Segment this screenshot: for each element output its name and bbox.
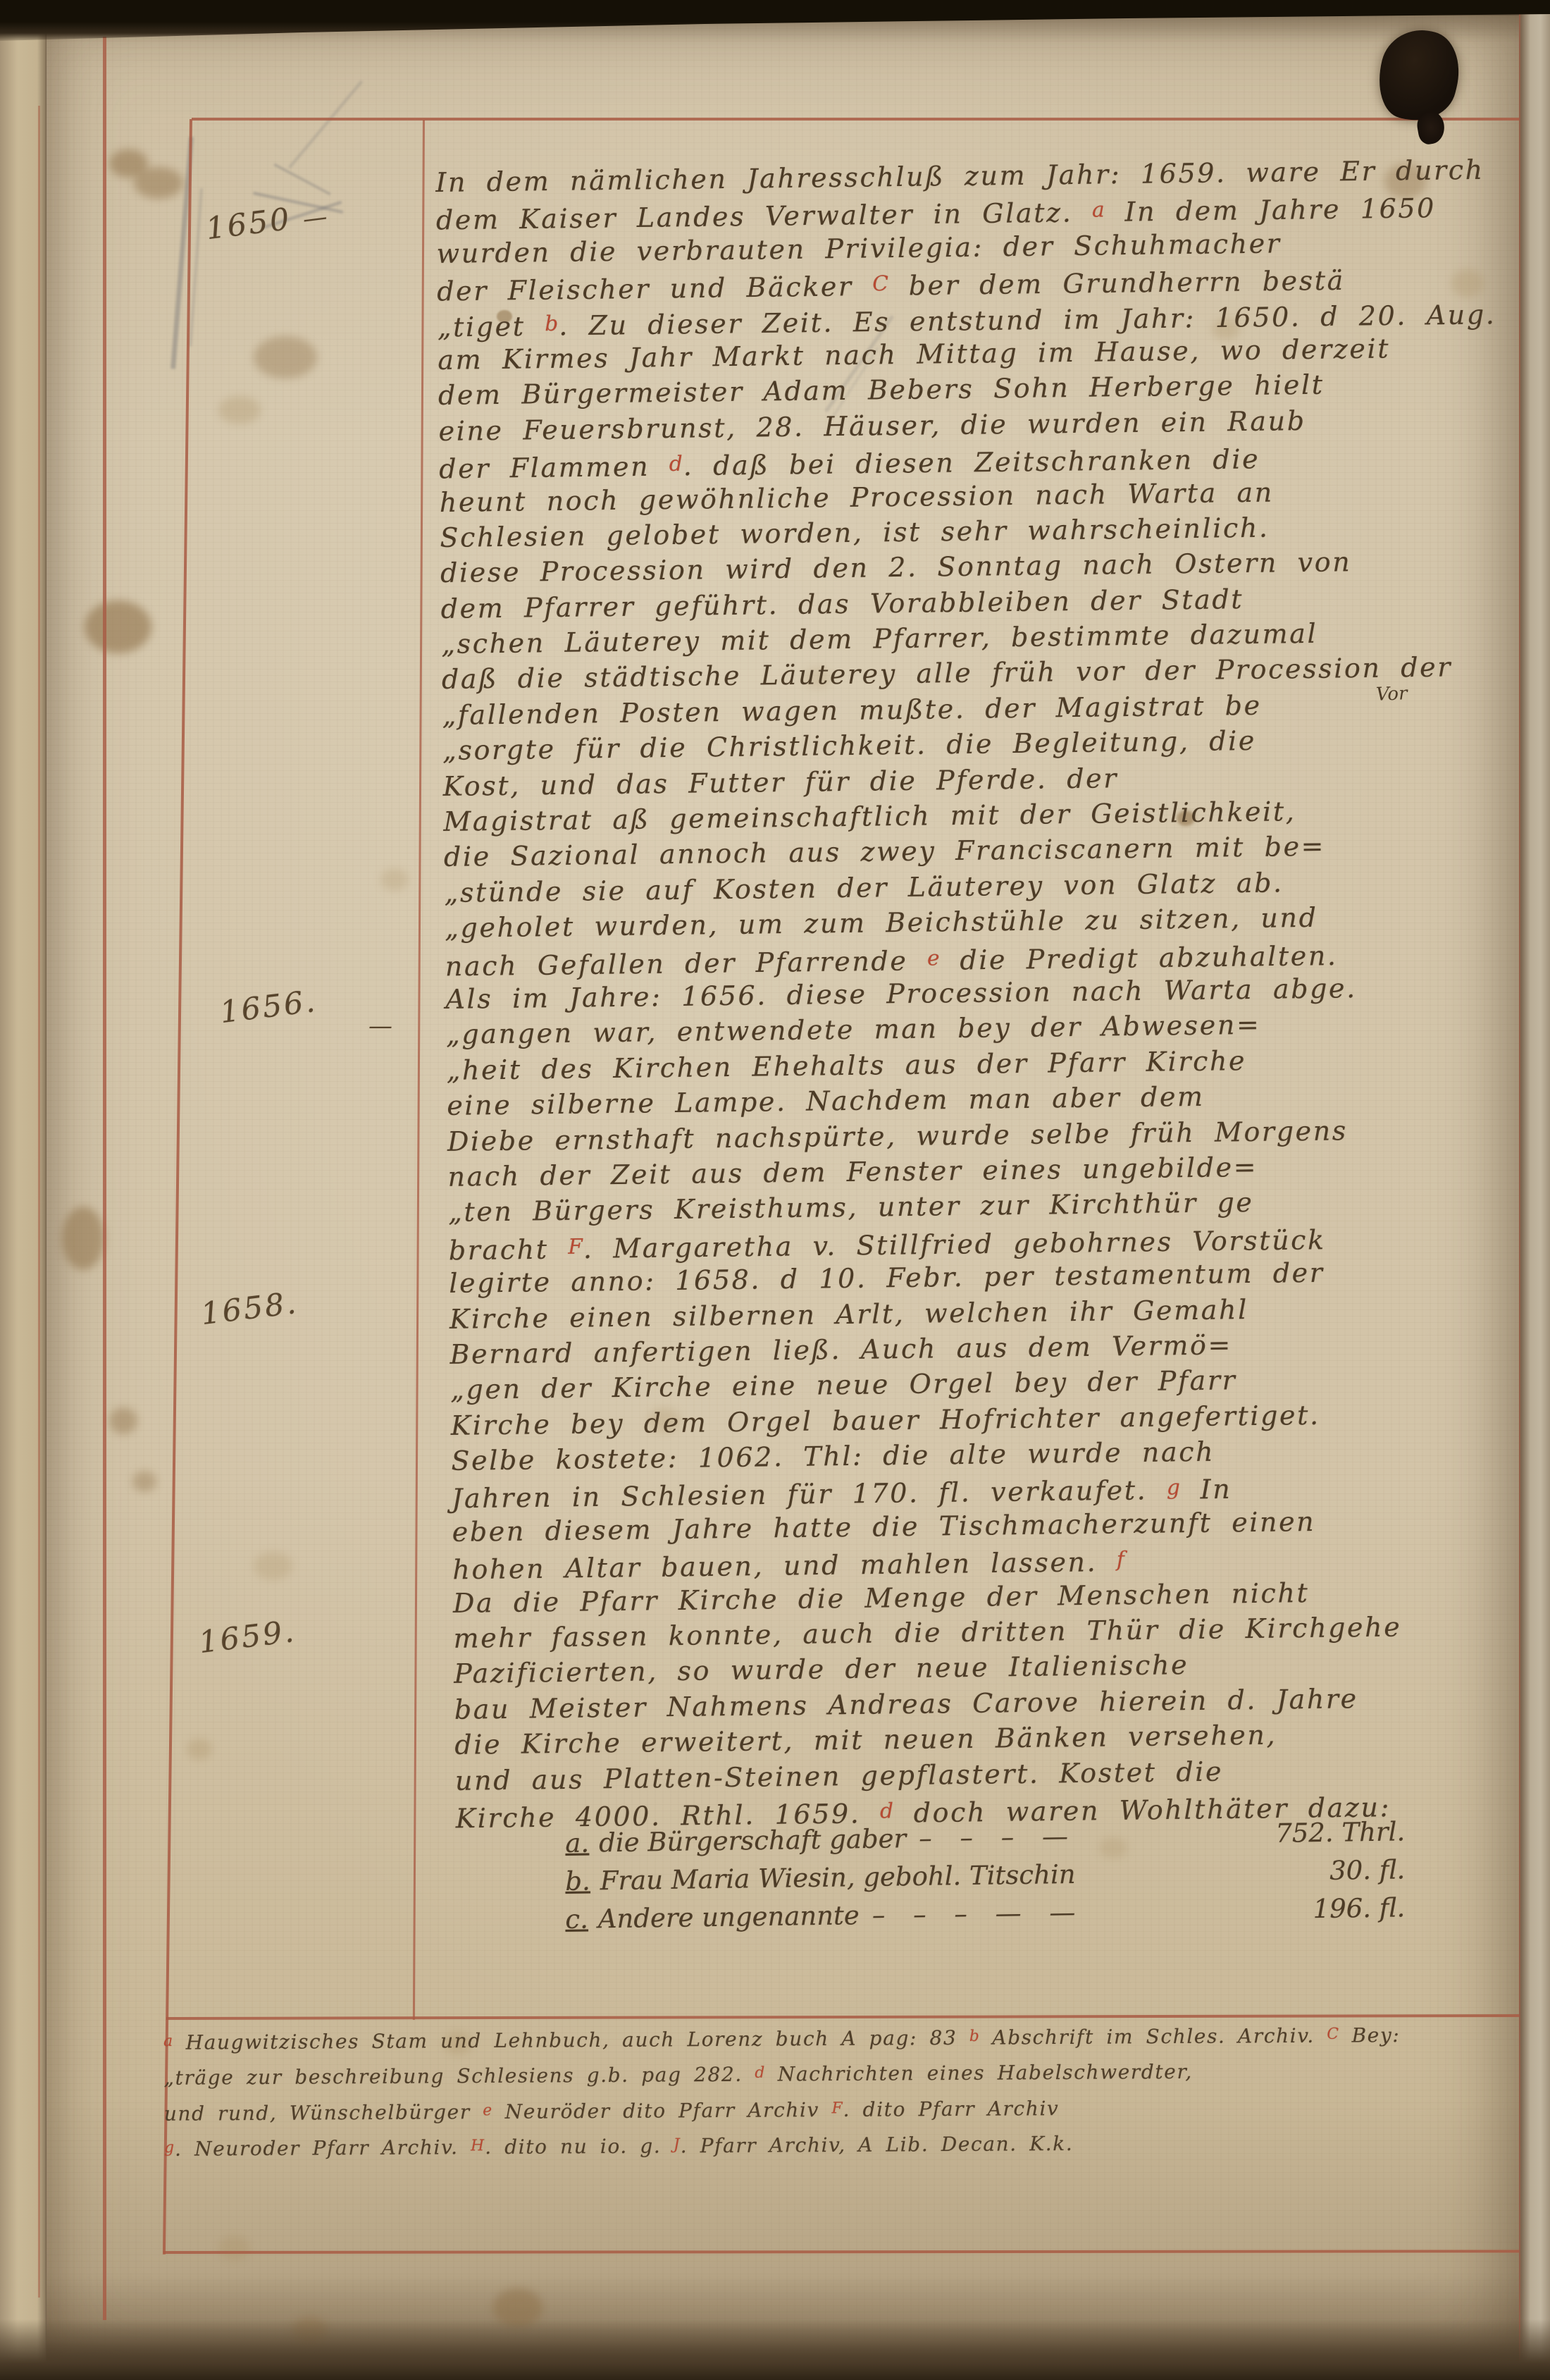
ruling-frame-top	[192, 118, 1525, 121]
stain	[254, 1552, 292, 1580]
handwriting-segment: . dito nu io. g.	[485, 2135, 674, 2159]
contribution-row: b.Frau Maria Wiesin, gebohl. Titschin30.…	[565, 1854, 1405, 1897]
red-reference-letter: F	[568, 1233, 583, 1258]
handwriting-segment: Abschrift im Schles. Archiv.	[980, 2024, 1327, 2049]
handwriting-segment: In dem Jahre 1650	[1105, 193, 1436, 228]
handwriting-segment: Pazificierten, so wurde der neue Italien…	[454, 1650, 1189, 1690]
red-reference-letter: b	[545, 310, 559, 335]
pencil-scribble	[274, 164, 331, 195]
stain	[62, 1207, 104, 1270]
contribution-dashes: – – – —	[919, 1821, 1078, 1854]
manuscript-text-block: In dem nämlichen Jahresschluß zum Jahr: …	[435, 151, 1525, 1834]
handwriting-segment: Kost, und das Futter für die Pferde. der	[443, 763, 1119, 802]
page-stack-edge	[1519, 0, 1550, 2380]
stain	[380, 868, 409, 891]
stain	[85, 600, 151, 653]
contribution-letter: c.	[565, 1904, 588, 1935]
stain	[254, 336, 317, 378]
red-reference-letter: C	[1327, 2026, 1339, 2043]
contribution-amount: 30. fl.	[1329, 1854, 1406, 1885]
margin-year-1650: 1650 —	[204, 197, 329, 247]
handwriting-segment: und rund, Wünschelbürger	[164, 2100, 483, 2126]
contribution-text: die Bürgerschaft gaber	[599, 1823, 907, 1858]
handwriting-segment: „träge zur beschreibung Schlesiens g.b. …	[163, 2063, 755, 2090]
handwriting-segment: die Predigt abzuhalten.	[940, 940, 1337, 976]
red-reference-letter: e	[483, 2102, 492, 2119]
handwriting-segment: . Neuroder Pfarr Archiv.	[175, 2135, 471, 2161]
contribution-amount: 752. Thrl.	[1275, 1816, 1406, 1849]
red-reference-letter: J	[674, 2136, 681, 2154]
handwriting-segment: Bey:	[1339, 2023, 1401, 2047]
contribution-letter: b.	[565, 1866, 590, 1897]
red-reference-letter: g	[1167, 1475, 1181, 1500]
ruling-frame-left	[163, 119, 192, 2255]
handwriting-segment: „sorgte für die Christlichkeit. die Begl…	[442, 725, 1256, 766]
red-reference-letter: a	[1092, 197, 1105, 222]
interline-insertion: Vor	[1375, 683, 1408, 705]
handwriting-segment: der Flammen	[439, 451, 669, 485]
handwriting-segment: Neuröder dito Pfarr Archiv	[492, 2098, 831, 2123]
footnote-block: a Haugwitzisches Stam und Lehnbuch, auch…	[163, 2017, 1525, 2168]
margin-year-1659: 1659.	[197, 1614, 297, 1660]
red-reference-letter: C	[872, 271, 889, 295]
ruling-margin-divider	[413, 120, 425, 2020]
red-reference-letter: g	[164, 2139, 175, 2157]
red-reference-letter: H	[471, 2137, 485, 2154]
handwriting-segment: ber dem Grundherrn bestä	[889, 265, 1345, 302]
stain	[132, 1471, 156, 1492]
adjacent-page-edge	[0, 0, 46, 2380]
ruling-outer-left	[103, 37, 106, 2320]
contribution-amount: 196. fl.	[1313, 1892, 1405, 1924]
stain	[218, 2236, 250, 2261]
year-label: 1659.	[197, 1614, 297, 1660]
red-reference-letter: F	[831, 2100, 843, 2117]
ink-blot	[1370, 21, 1468, 129]
handwriting-segment: der Fleischer und Bäcker	[437, 271, 873, 307]
red-reference-letter: d	[755, 2064, 765, 2082]
handwriting-segment: Nachrichten eines Habelschwerdter,	[765, 2060, 1193, 2086]
red-reference-letter: d	[669, 451, 683, 476]
stain	[187, 1739, 212, 1760]
handwriting-segment: . dito Pfarr Archiv	[843, 2097, 1060, 2121]
stain	[109, 1407, 137, 1434]
contribution-text: Andere ungenannte	[597, 1900, 860, 1934]
contribution-dashes: – – – — —	[872, 1897, 1085, 1930]
handwriting-segment: . Pfarr Archiv, A Lib. Decan. K.k.	[681, 2132, 1074, 2157]
adjacent-page-ruling	[38, 106, 40, 2298]
manuscript-page: 1650 — 1656. 1658. 1659. — In dem nämlic…	[42, 16, 1525, 2380]
contribution-dashes	[1088, 1859, 1089, 1889]
red-reference-letter: a	[163, 2033, 173, 2050]
contribution-text: Frau Maria Wiesin, gebohl. Titschin	[600, 1859, 1075, 1896]
margin-year-1656: 1656.	[218, 984, 318, 1030]
red-reference-letter: d	[880, 1798, 894, 1823]
footnote-line: g. Neuroder Pfarr Archiv. H. dito nu io.…	[164, 2123, 1525, 2167]
stain	[218, 396, 261, 424]
red-reference-letter: e	[927, 945, 941, 970]
handwriting-segment: eine silberne Lampe. Nachdem man aber de…	[447, 1081, 1205, 1121]
contribution-letter: a.	[565, 1828, 589, 1858]
red-reference-letter: f	[1117, 1546, 1125, 1571]
stain	[134, 167, 183, 199]
handwriting-segment: In	[1181, 1474, 1232, 1505]
contribution-row: c.Andere ungenannte– – – — —196. fl.	[565, 1892, 1405, 1935]
year-label: 1650	[204, 202, 294, 247]
year-flourish: —	[302, 203, 329, 234]
margin-year-1658: 1658.	[199, 1285, 299, 1332]
pencil-stroke	[288, 80, 363, 168]
handwriting-segment: Haugwitzisches Stam und Lehnbuch, auch L…	[173, 2026, 969, 2054]
ruling-frame-bottom	[163, 2250, 1525, 2254]
red-reference-letter: b	[969, 2028, 980, 2045]
handwriting-segment: bracht	[449, 1233, 569, 1266]
scanned-book-page: 1650 — 1656. 1658. 1659. — In dem nämlic…	[0, 0, 1550, 2380]
page-bottom-edges	[0, 2319, 1550, 2380]
year-label: 1656.	[218, 984, 318, 1030]
margin-dash: —	[368, 1012, 392, 1040]
handwriting-segment: „tiget	[438, 310, 545, 343]
year-label: 1658.	[199, 1285, 299, 1332]
